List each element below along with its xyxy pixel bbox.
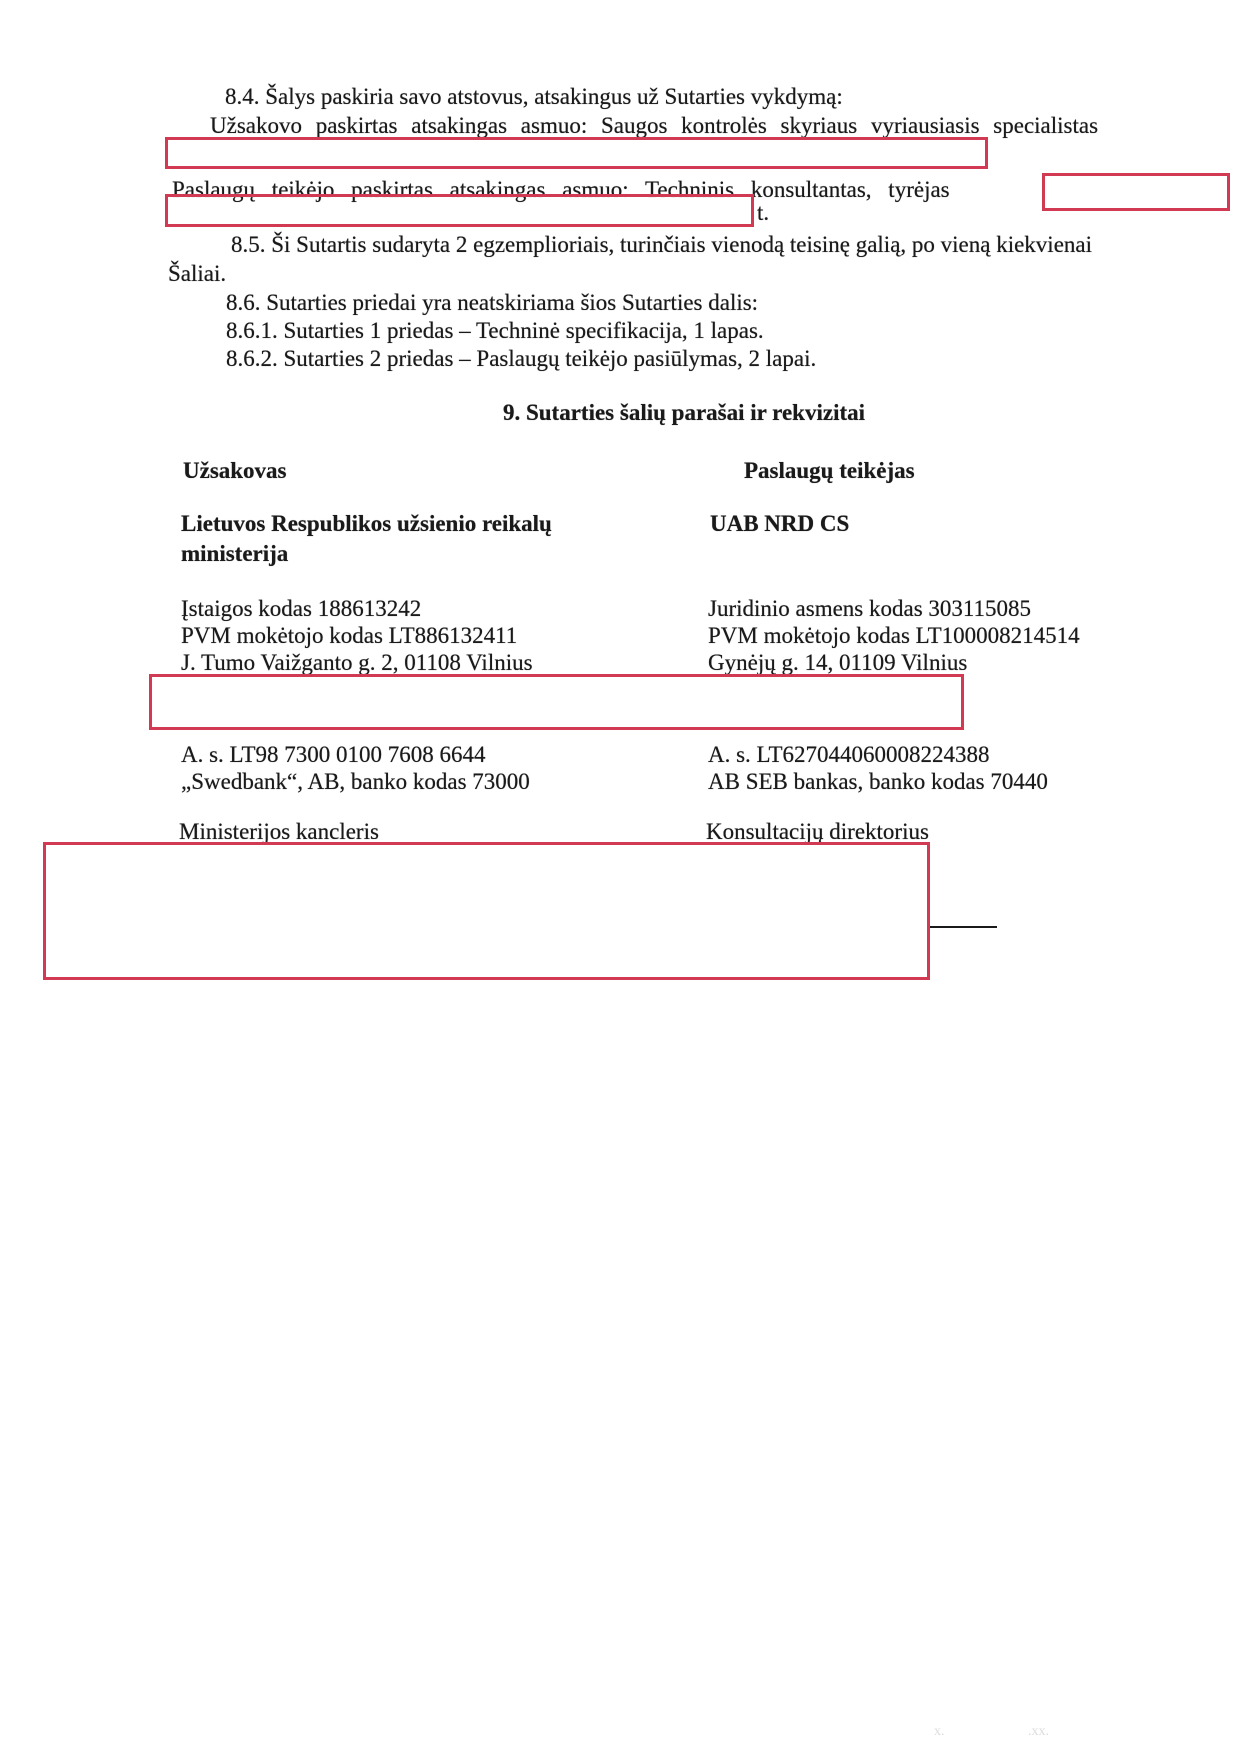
section-9-title: 9. Sutarties šalių parašai ir rekvizitai (168, 400, 1200, 426)
signature-line (930, 926, 997, 928)
clause-8-6: 8.6. Sutarties priedai yra neatskiriama … (226, 290, 758, 316)
clause-8-6-1: 8.6.1. Sutarties 1 priedas – Techninė sp… (226, 318, 764, 344)
clause-8-4: 8.4. Šalys paskiria savo atstovus, atsak… (225, 84, 843, 110)
scan-noise-mark: .xx. (1028, 1724, 1049, 1740)
client-name-line2: ministerija (181, 541, 288, 567)
provider-address: Gynėjų g. 14, 01109 Vilnius (708, 650, 967, 676)
provider-name: UAB NRD CS (710, 511, 849, 537)
client-vat-code: PVM mokėtojo kodas LT886132411 (181, 623, 517, 649)
client-company-code: Įstaigos kodas 188613242 (181, 596, 421, 622)
client-role-header: Užsakovas (183, 458, 287, 484)
scanned-contract-page: 8.4. Šalys paskiria savo atstovus, atsak… (0, 0, 1240, 1754)
provider-bank-name: AB SEB bankas, banko kodas 70440 (708, 769, 1048, 795)
client-representative-line: Užsakovo paskirtas atsakingas asmuo: Sau… (210, 113, 1098, 139)
client-bank-name: „Swedbank“, AB, banko kodas 73000 (181, 769, 530, 795)
redaction-box-signatures (43, 842, 930, 980)
client-name-line1: Lietuvos Respublikos užsienio reikalų (181, 511, 552, 537)
provider-company-code: Juridinio asmens kodas 303115085 (708, 596, 1031, 622)
client-bank-account: A. s. LT98 7300 0100 7608 6644 (181, 742, 486, 768)
clause-8-6-2: 8.6.2. Sutarties 2 priedas – Paslaugų te… (226, 346, 816, 372)
provider-role-header: Paslaugų teikėjas (744, 458, 915, 484)
redaction-box-provider-contact (165, 194, 754, 227)
redacted-line-tail: t. (757, 200, 769, 226)
provider-vat-code: PVM mokėtojo kodas LT100008214514 (708, 623, 1080, 649)
redaction-box-contacts (149, 674, 964, 730)
client-address: J. Tumo Vaižganto g. 2, 01108 Vilnius (181, 650, 533, 676)
scan-noise-mark: x. (934, 1724, 945, 1740)
clause-8-5-line1: 8.5. Ši Sutartis sudaryta 2 egzemplioria… (231, 232, 1092, 258)
clause-8-5-line2: Šaliai. (168, 261, 226, 287)
redaction-box-client-representative (165, 137, 988, 169)
provider-bank-account: A. s. LT627044060008224388 (708, 742, 990, 768)
redaction-box-provider-name (1042, 173, 1230, 211)
